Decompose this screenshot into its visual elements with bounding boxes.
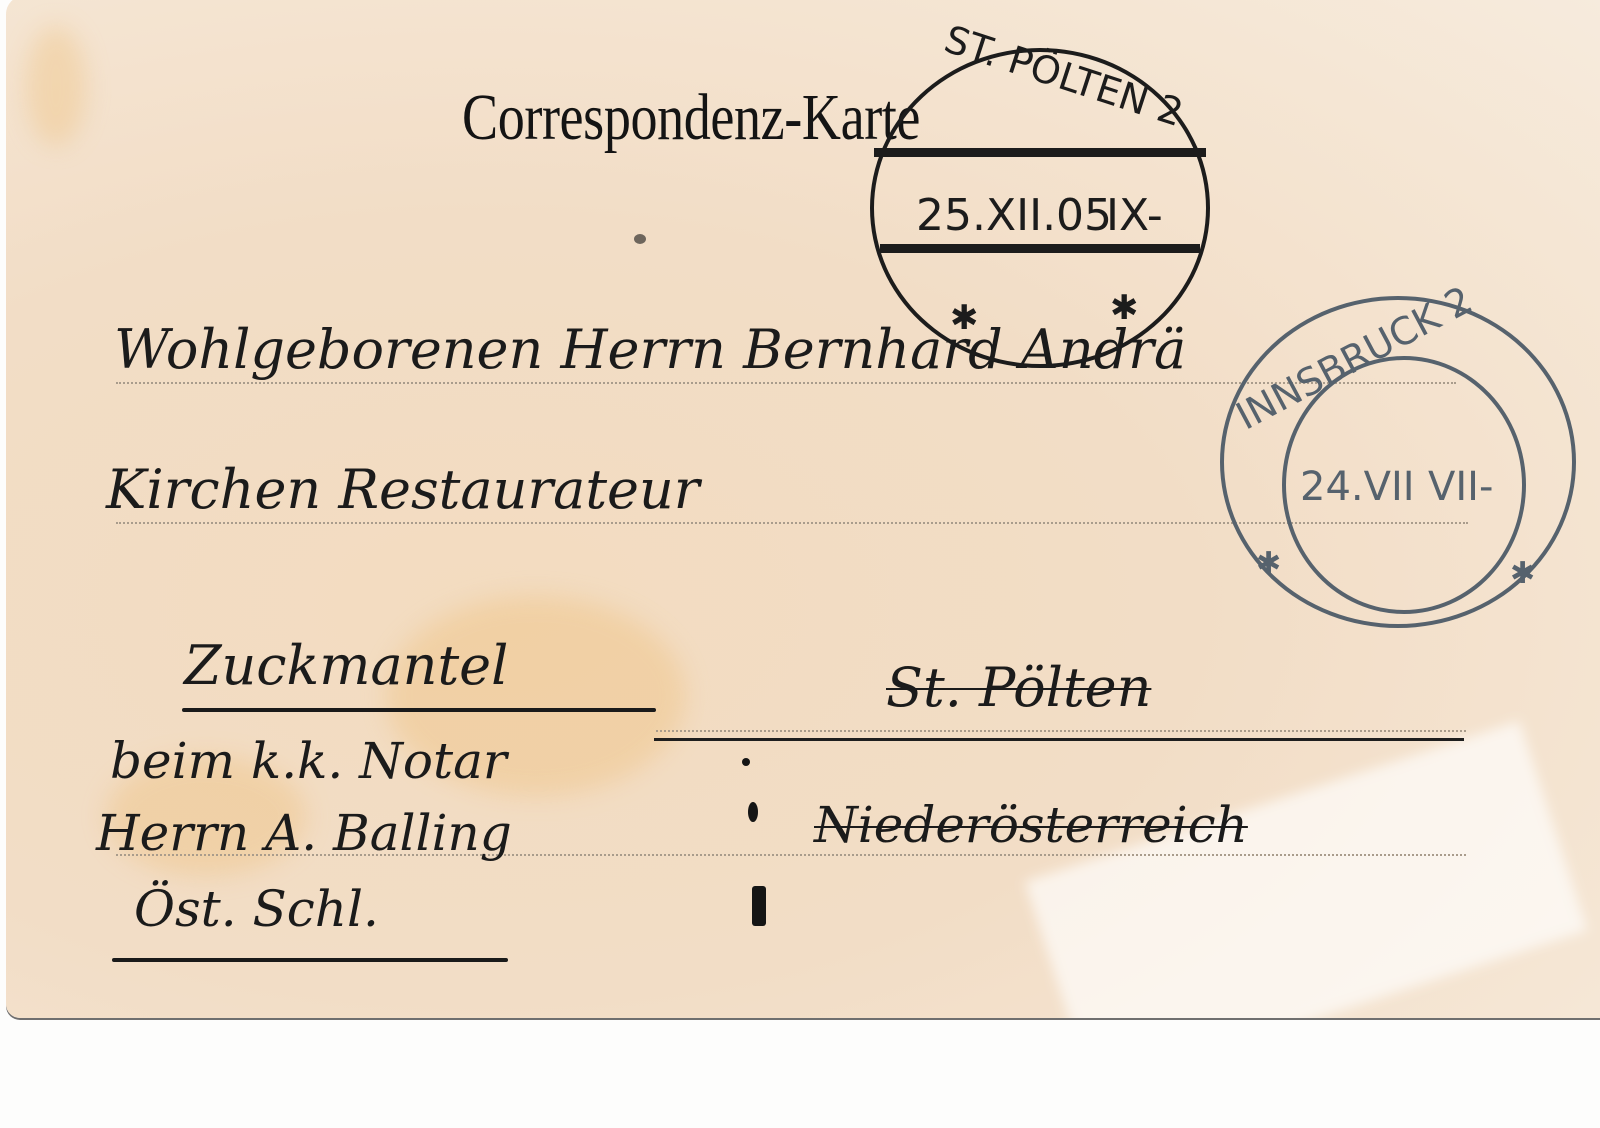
ink-blot — [752, 886, 766, 926]
ink-dot — [742, 758, 750, 766]
st-poelten-postmark: ST. PÖLTEN 2 25.XII.05 IX- ✱ ✱ — [870, 48, 1210, 368]
crossed-out-region: Niederösterreich — [814, 796, 1248, 854]
postmark-time: VII- — [1428, 464, 1493, 510]
asterisk-icon: ✱ — [1256, 546, 1281, 581]
asterisk-icon: ✱ — [1510, 556, 1535, 591]
country-text: Öst. Schl. — [134, 880, 379, 938]
recipient-name-text: Herrn A. Balling — [96, 804, 512, 862]
postcard: Correspondenz-Karte Wohlgeborenen Herrn … — [6, 0, 1600, 1018]
address-line2-text: Kirchen Restaurateur — [106, 458, 700, 521]
city-underline — [182, 708, 656, 712]
postmark-bar — [874, 148, 1206, 157]
country-underline — [112, 958, 508, 962]
postmark-bar — [880, 244, 1200, 253]
address-line-3-solid — [654, 738, 1464, 741]
postmark-date: 24.VII — [1300, 464, 1415, 510]
foxing-stain — [26, 26, 86, 146]
postmark-time: IX- — [1106, 190, 1163, 241]
card-title: Correspondenz-Karte — [462, 80, 920, 156]
address-city-text: Zuckmantel — [184, 634, 508, 697]
address-line-3 — [656, 730, 1466, 732]
paper-abrasion — [1025, 721, 1588, 1018]
innsbruck-postmark: INNSBRUCK 2 24.VII VII- ✱ ✱ — [1220, 296, 1576, 628]
asterisk-icon: ✱ — [950, 298, 979, 338]
asterisk-icon: ✱ — [1110, 288, 1139, 328]
crossed-out-city: St. Pölten — [886, 656, 1151, 719]
ink-speck — [634, 234, 646, 244]
care-of-text: beim k.k. Notar — [110, 732, 507, 790]
postmark-date: 25.XII.05 — [916, 190, 1112, 241]
ink-dot — [748, 802, 758, 822]
